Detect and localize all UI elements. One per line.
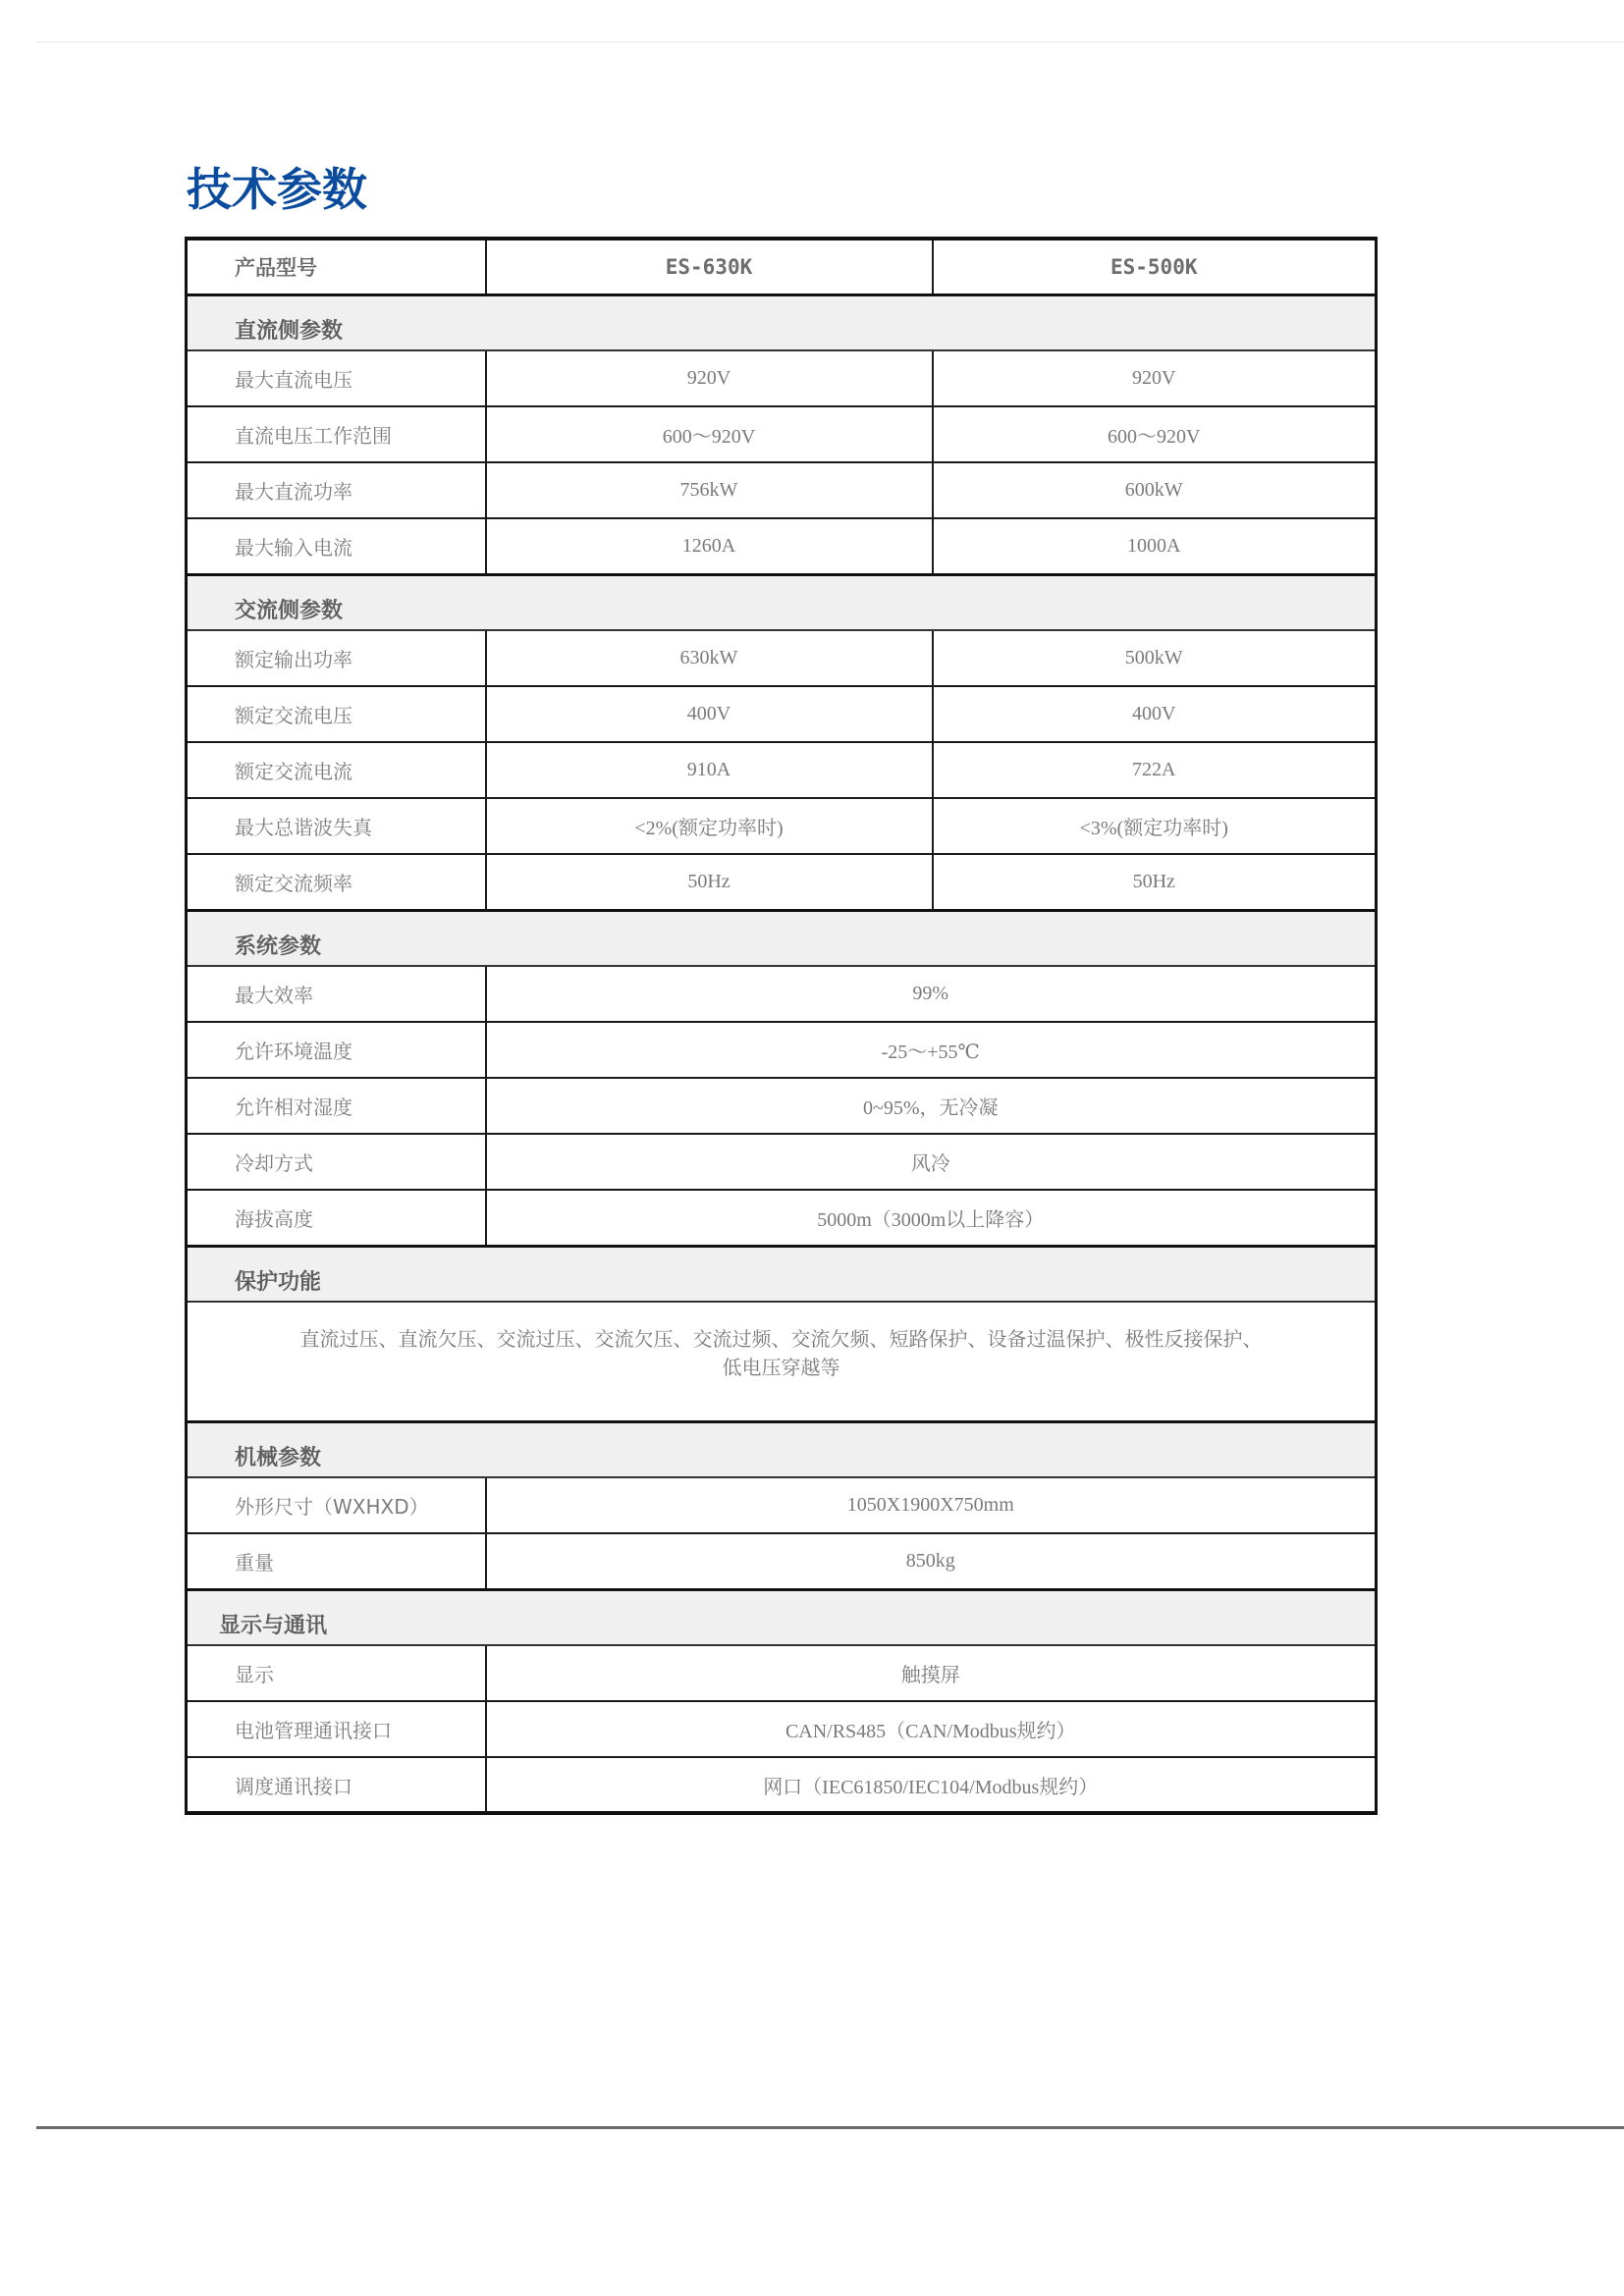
row-label: 额定交流电流: [187, 742, 486, 798]
section-title: 直流侧参数: [187, 294, 1377, 350]
section-display-comm: 显示与通讯: [187, 1589, 1377, 1645]
row-value: 1050X1900X750mm: [486, 1477, 1377, 1533]
row-value: 722A: [933, 742, 1377, 798]
row-value: 600kW: [933, 462, 1377, 518]
row-value: 920V: [933, 350, 1377, 406]
table-row: 额定输出功率 630kW 500kW: [187, 630, 1377, 686]
row-value: 50Hz: [933, 854, 1377, 910]
row-label: 最大直流电压: [187, 350, 486, 406]
table-row: 允许环境温度 -25～+55℃: [187, 1022, 1377, 1078]
row-label: 最大效率: [187, 966, 486, 1022]
row-label: 额定交流频率: [187, 854, 486, 910]
row-label: 海拔高度: [187, 1190, 486, 1246]
row-value: 5000m（3000m以上降容）: [486, 1190, 1377, 1246]
protection-text: 直流过压、直流欠压、交流过压、交流欠压、交流过频、交流欠频、短路保护、设备过温保…: [187, 1302, 1377, 1421]
table-row: 调度通讯接口 网口（IEC61850/IEC104/Modbus规约）: [187, 1757, 1377, 1813]
protection-text-line-2: 低电压穿越等: [723, 1356, 840, 1379]
table-row: 电池管理通讯接口 CAN/RS485（CAN/Modbus规约）: [187, 1701, 1377, 1757]
model-es-630k: ES-630K: [486, 239, 933, 294]
row-label: 显示: [187, 1645, 486, 1701]
row-value: <3%(额定功率时): [933, 798, 1377, 854]
table-row: 最大直流电压 920V 920V: [187, 350, 1377, 406]
row-label: 额定交流电压: [187, 686, 486, 742]
section-system: 系统参数: [187, 910, 1377, 966]
row-label: 额定输出功率: [187, 630, 486, 686]
row-label: 允许相对湿度: [187, 1078, 486, 1134]
row-label: 调度通讯接口: [187, 1757, 486, 1813]
row-value: 500kW: [933, 630, 1377, 686]
row-value: 99%: [486, 966, 1377, 1022]
row-value: 1260A: [486, 518, 933, 574]
row-value: 风冷: [486, 1134, 1377, 1190]
table-row: 额定交流频率 50Hz 50Hz: [187, 854, 1377, 910]
row-value: 910A: [486, 742, 933, 798]
model-es-500k: ES-500K: [933, 239, 1377, 294]
footer-divider: [36, 2126, 1624, 2129]
row-label: 最大输入电流: [187, 518, 486, 574]
table-row: 显示 触摸屏: [187, 1645, 1377, 1701]
table-row: 冷却方式 风冷: [187, 1134, 1377, 1190]
table-row: 最大总谐波失真 <2%(额定功率时) <3%(额定功率时): [187, 798, 1377, 854]
section-title: 系统参数: [187, 910, 1377, 966]
table-row: 额定交流电压 400V 400V: [187, 686, 1377, 742]
spec-table: 产品型号 ES-630K ES-500K 直流侧参数 最大直流电压 920V 9…: [185, 237, 1378, 1815]
section-title: 显示与通讯: [187, 1589, 1377, 1645]
row-value: 0~95%，无冷凝: [486, 1078, 1377, 1134]
page-title: 技术参数: [187, 160, 367, 219]
row-value: 400V: [933, 686, 1377, 742]
table-row: 外形尺寸（WXHXD） 1050X1900X750mm: [187, 1477, 1377, 1533]
table-row: 最大直流功率 756kW 600kW: [187, 462, 1377, 518]
row-value: <2%(额定功率时): [486, 798, 933, 854]
table-row: 最大输入电流 1260A 1000A: [187, 518, 1377, 574]
section-title: 保护功能: [187, 1246, 1377, 1302]
section-title: 机械参数: [187, 1421, 1377, 1477]
table-row: 额定交流电流 910A 722A: [187, 742, 1377, 798]
row-label: 电池管理通讯接口: [187, 1701, 486, 1757]
row-value: 网口（IEC61850/IEC104/Modbus规约）: [486, 1757, 1377, 1813]
row-value: 400V: [486, 686, 933, 742]
section-ac: 交流侧参数: [187, 574, 1377, 630]
row-value: 756kW: [486, 462, 933, 518]
row-value: CAN/RS485（CAN/Modbus规约）: [486, 1701, 1377, 1757]
row-value: 600～920V: [486, 406, 933, 462]
table-row: 重量 850kg: [187, 1533, 1377, 1589]
row-value: 920V: [486, 350, 933, 406]
table-row: 最大效率 99%: [187, 966, 1377, 1022]
row-value: 1000A: [933, 518, 1377, 574]
section-protection: 保护功能: [187, 1246, 1377, 1302]
table-row: 海拔高度 5000m（3000m以上降容）: [187, 1190, 1377, 1246]
table-header-row: 产品型号 ES-630K ES-500K: [187, 239, 1377, 294]
row-value: 600～920V: [933, 406, 1377, 462]
row-value: 630kW: [486, 630, 933, 686]
table-row: 直流电压工作范围 600～920V 600～920V: [187, 406, 1377, 462]
section-dc: 直流侧参数: [187, 294, 1377, 350]
section-title: 交流侧参数: [187, 574, 1377, 630]
row-label: 允许环境温度: [187, 1022, 486, 1078]
row-value: 50Hz: [486, 854, 933, 910]
row-label: 直流电压工作范围: [187, 406, 486, 462]
row-label: 最大总谐波失真: [187, 798, 486, 854]
protection-row: 直流过压、直流欠压、交流过压、交流欠压、交流过频、交流欠频、短路保护、设备过温保…: [187, 1302, 1377, 1421]
table-row: 允许相对湿度 0~95%，无冷凝: [187, 1078, 1377, 1134]
top-divider: [36, 41, 1624, 43]
row-value: 850kg: [486, 1533, 1377, 1589]
section-mechanical: 机械参数: [187, 1421, 1377, 1477]
row-label: 最大直流功率: [187, 462, 486, 518]
row-label: 外形尺寸（WXHXD）: [187, 1477, 486, 1533]
row-value: -25～+55℃: [486, 1022, 1377, 1078]
row-label: 冷却方式: [187, 1134, 486, 1190]
protection-text-line-1: 直流过压、直流欠压、交流过压、交流欠压、交流过频、交流欠频、短路保护、设备过温保…: [300, 1327, 1263, 1351]
row-value: 触摸屏: [486, 1645, 1377, 1701]
row-label: 重量: [187, 1533, 486, 1589]
header-label: 产品型号: [187, 239, 486, 294]
